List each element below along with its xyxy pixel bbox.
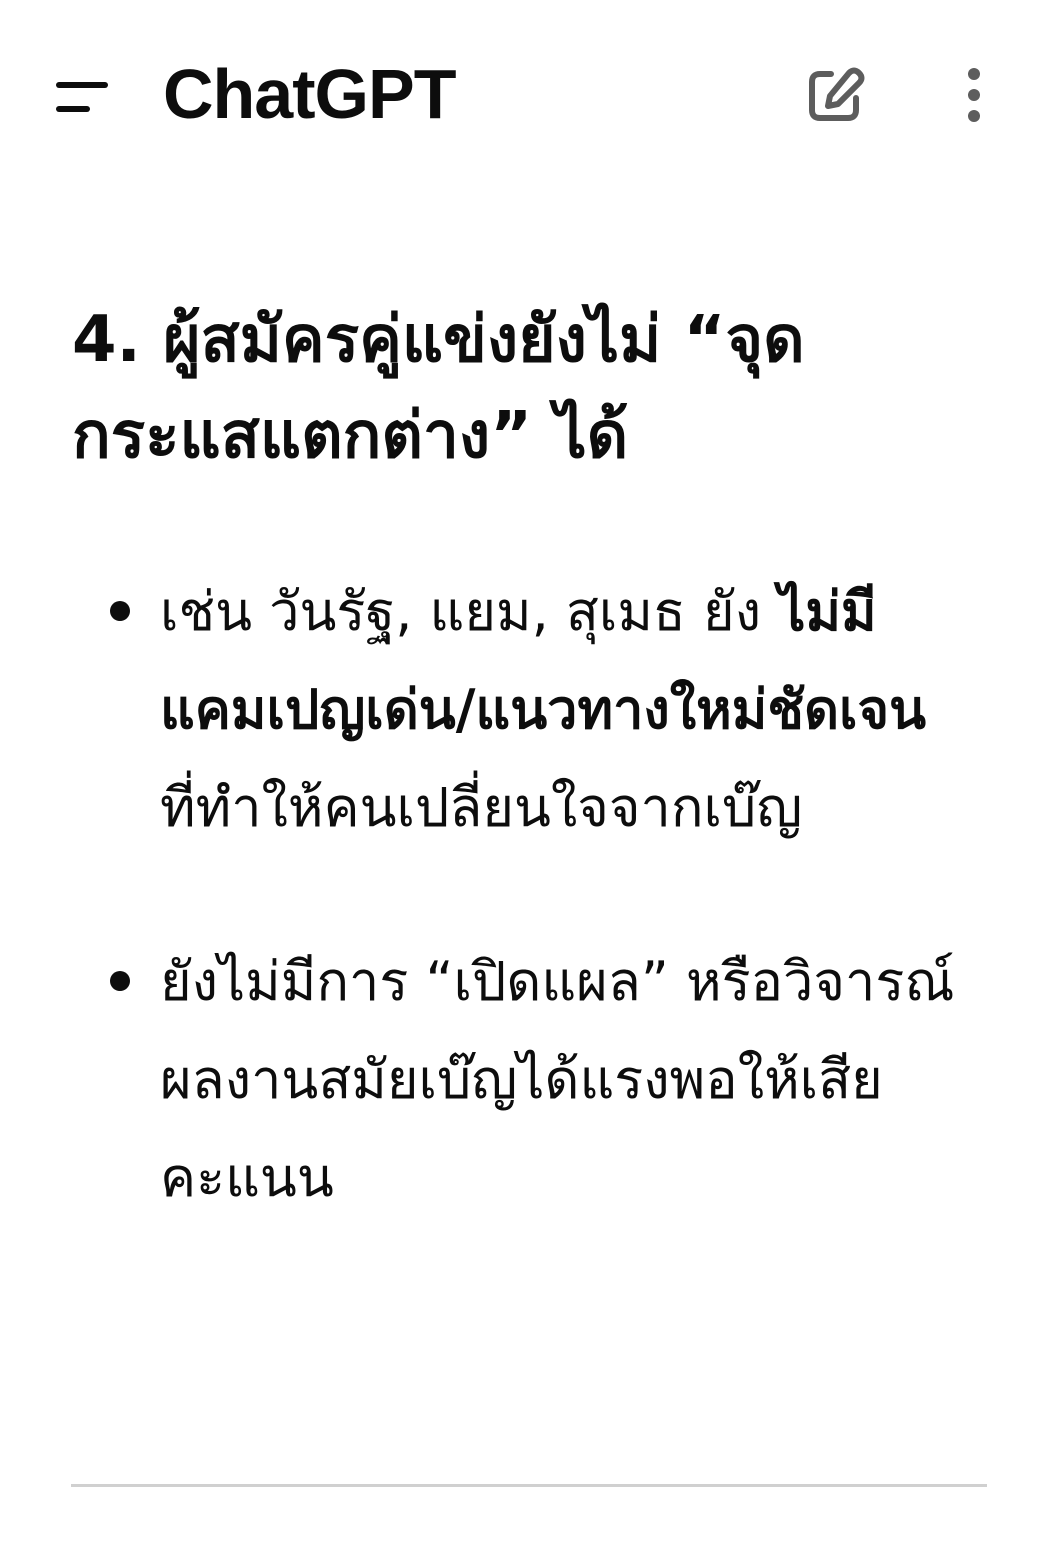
section-heading: 4. ผู้สมัครคู่แข่งยังไม่ “จุดกระแสแตกต่า…	[72, 292, 992, 484]
app-title: ChatGPT	[163, 52, 455, 136]
bullet-text-tail: ที่ทำให้คนเปลี่ยนใจจากเบ๊ญ	[160, 776, 802, 839]
assistant-message: 4. ผู้สมัครคู่แข่งยังไม่ “จุดกระแสแตกต่า…	[72, 292, 992, 484]
bullet-text: เช่น วันรัฐ, แยม, สุเมธ ยัง	[160, 580, 761, 643]
bullet-icon	[110, 971, 130, 991]
list-item: เช่น วันรัฐ, แยม, สุเมธ ยัง ไม่มีแคมเปญเ…	[72, 563, 972, 857]
top-app-bar: ChatGPT	[0, 0, 1057, 190]
new-chat-button[interactable]	[800, 62, 870, 130]
divider	[71, 1484, 987, 1487]
list-item: ยังไม่มีการ “เปิดแผล” หรือวิจารณ์ผลงานสม…	[72, 933, 972, 1227]
edit-square-pencil-icon	[800, 62, 870, 130]
menu-bar-long	[56, 82, 108, 88]
bullet-text: ยังไม่มีการ “เปิดแผล” หรือวิจารณ์ผลงานสม…	[160, 950, 954, 1209]
more-options-button[interactable]	[950, 62, 1000, 130]
bullet-icon	[110, 601, 130, 621]
vertical-ellipsis-icon	[950, 62, 1000, 130]
sidebar-menu-button[interactable]	[52, 70, 114, 120]
bullet-list: เช่น วันรัฐ, แยม, สุเมธ ยัง ไม่มีแคมเปญเ…	[72, 563, 972, 1227]
menu-bar-short	[56, 106, 90, 112]
